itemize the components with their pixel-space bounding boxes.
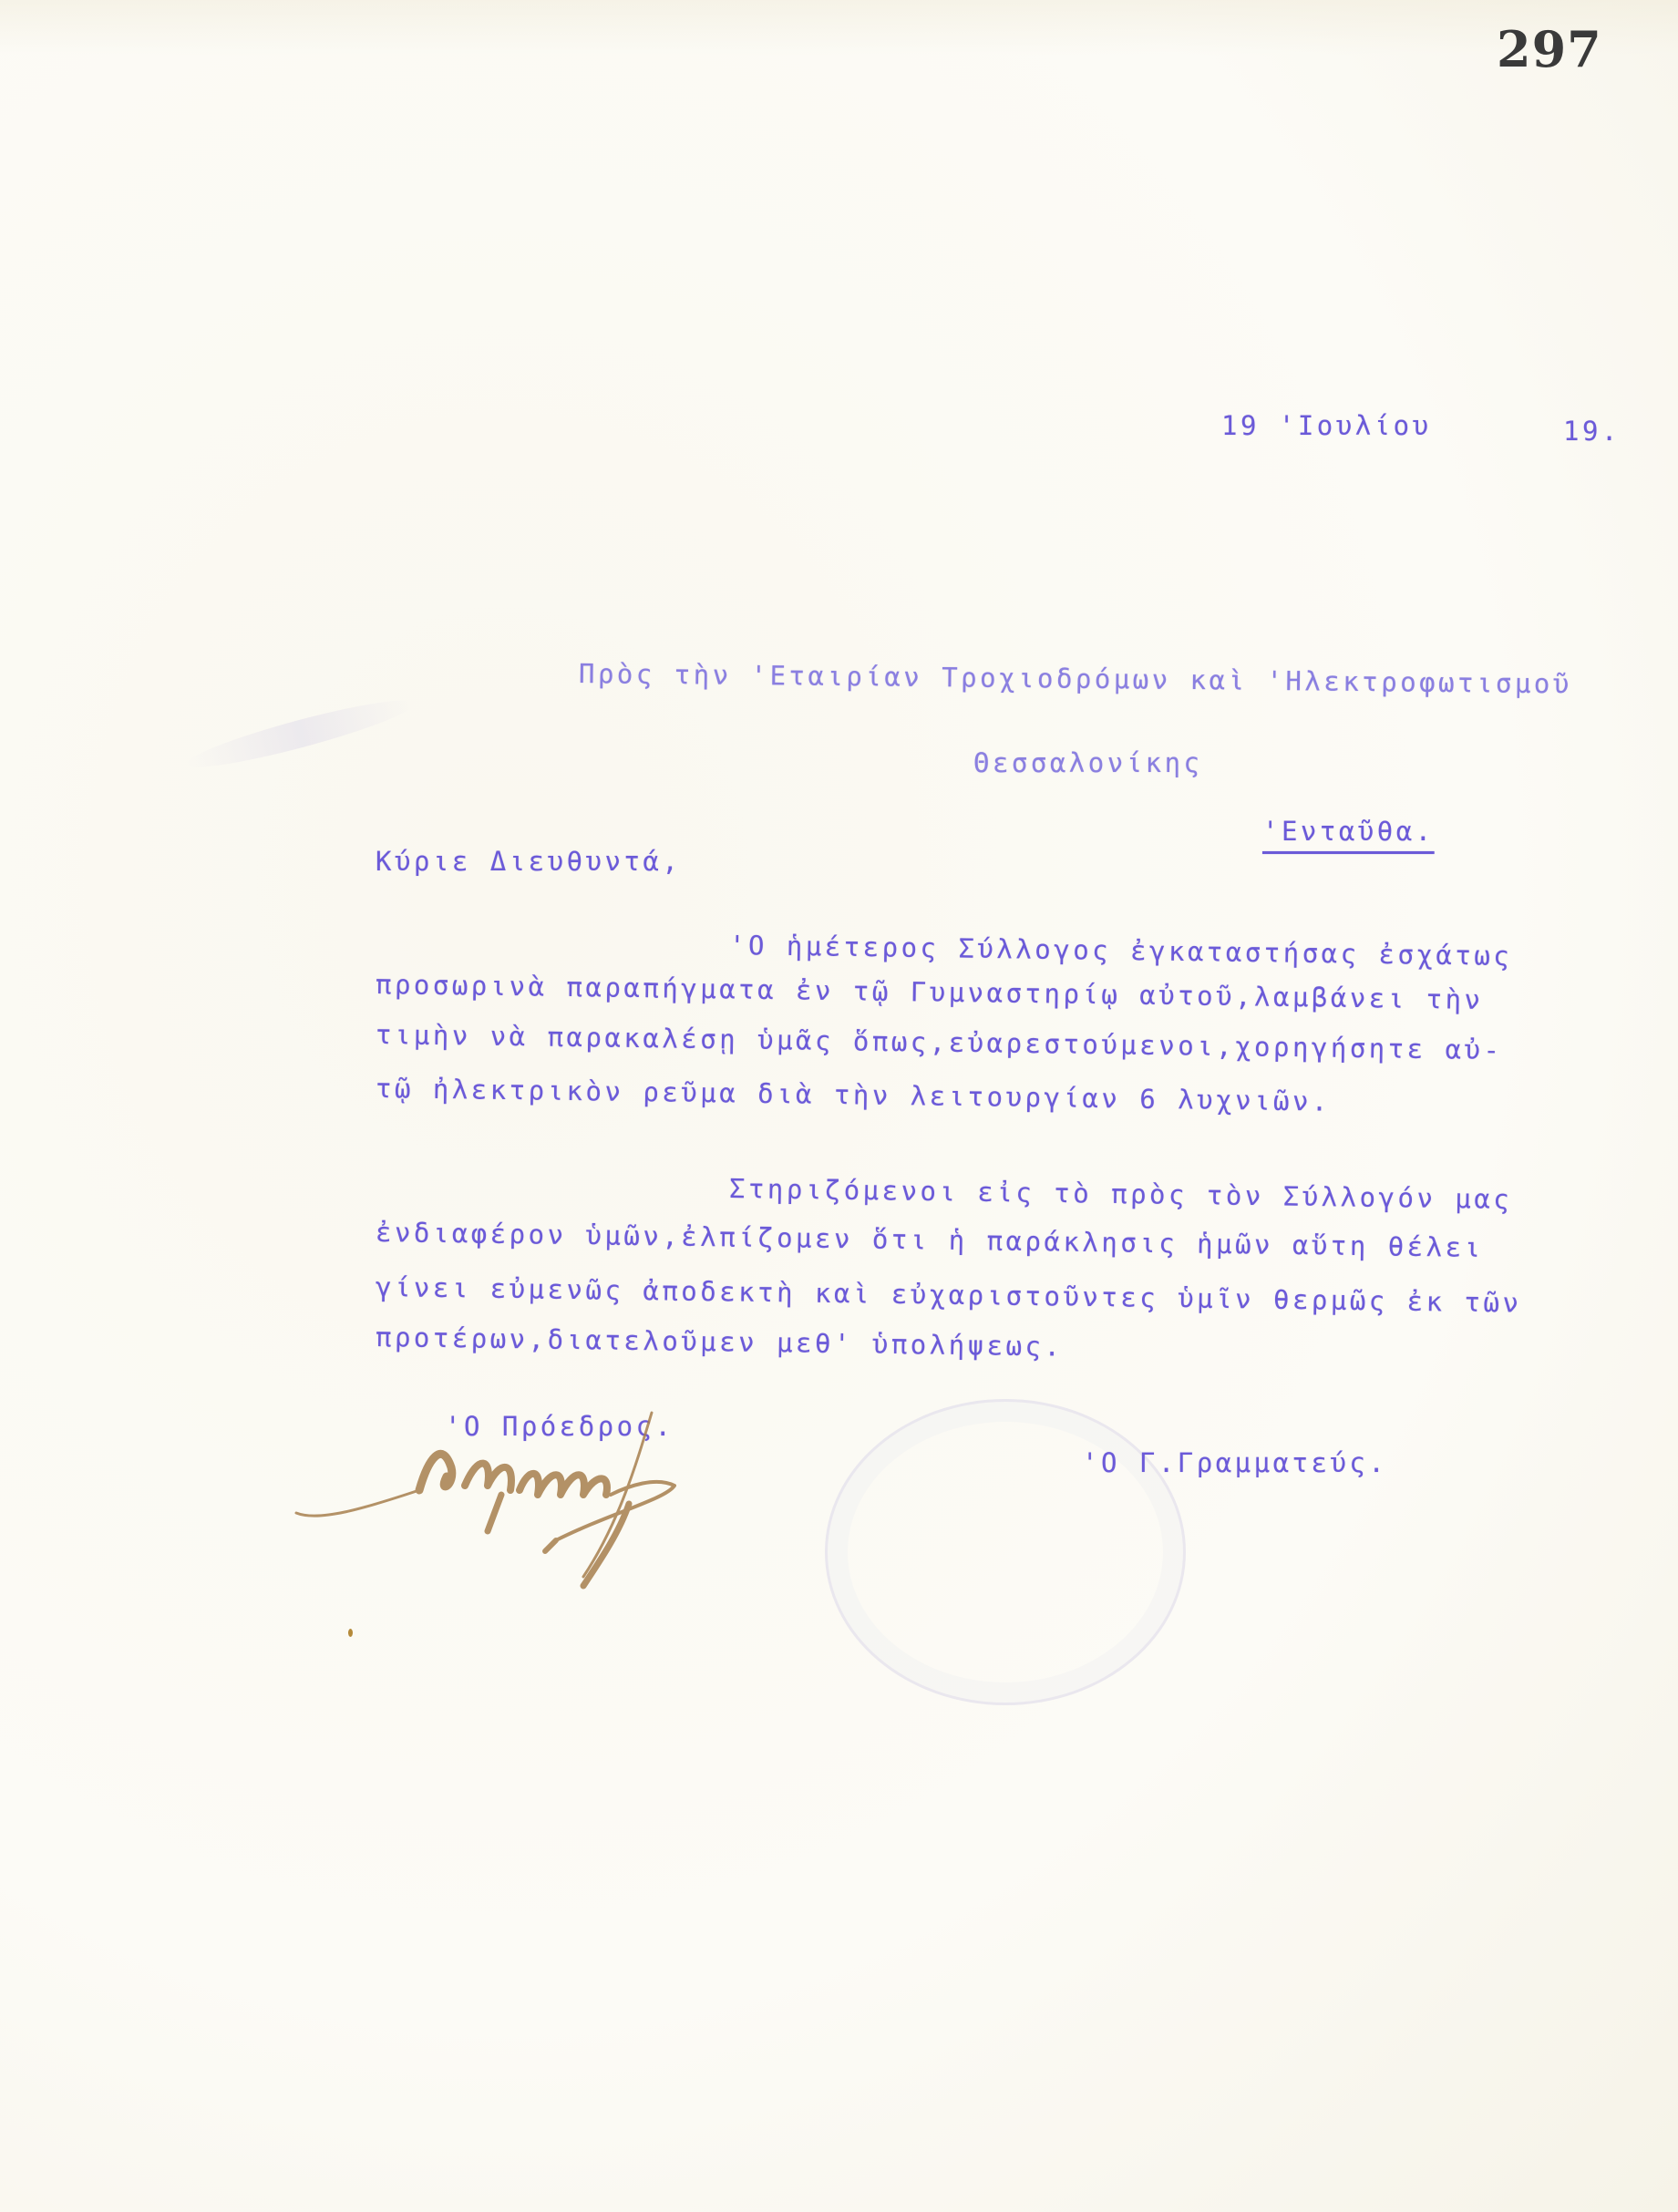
handwritten-signature xyxy=(283,1404,793,1613)
recipient-line-3: 'Ενταῦθα. xyxy=(1262,816,1435,847)
ink-spot xyxy=(348,1629,353,1637)
letter-date: 19 'Ιουλίου xyxy=(1221,410,1432,441)
recipient-line-2: Θεσσαλονίκης xyxy=(973,747,1203,778)
salutation: Κύριε Διευθυντά, xyxy=(376,846,681,877)
secretary-title: 'Ο Γ.Γραμματεύς. xyxy=(1082,1447,1387,1478)
page-number: 297 xyxy=(1497,20,1602,78)
faded-stamp xyxy=(825,1399,1186,1705)
letter-year: 19. xyxy=(1563,416,1621,447)
